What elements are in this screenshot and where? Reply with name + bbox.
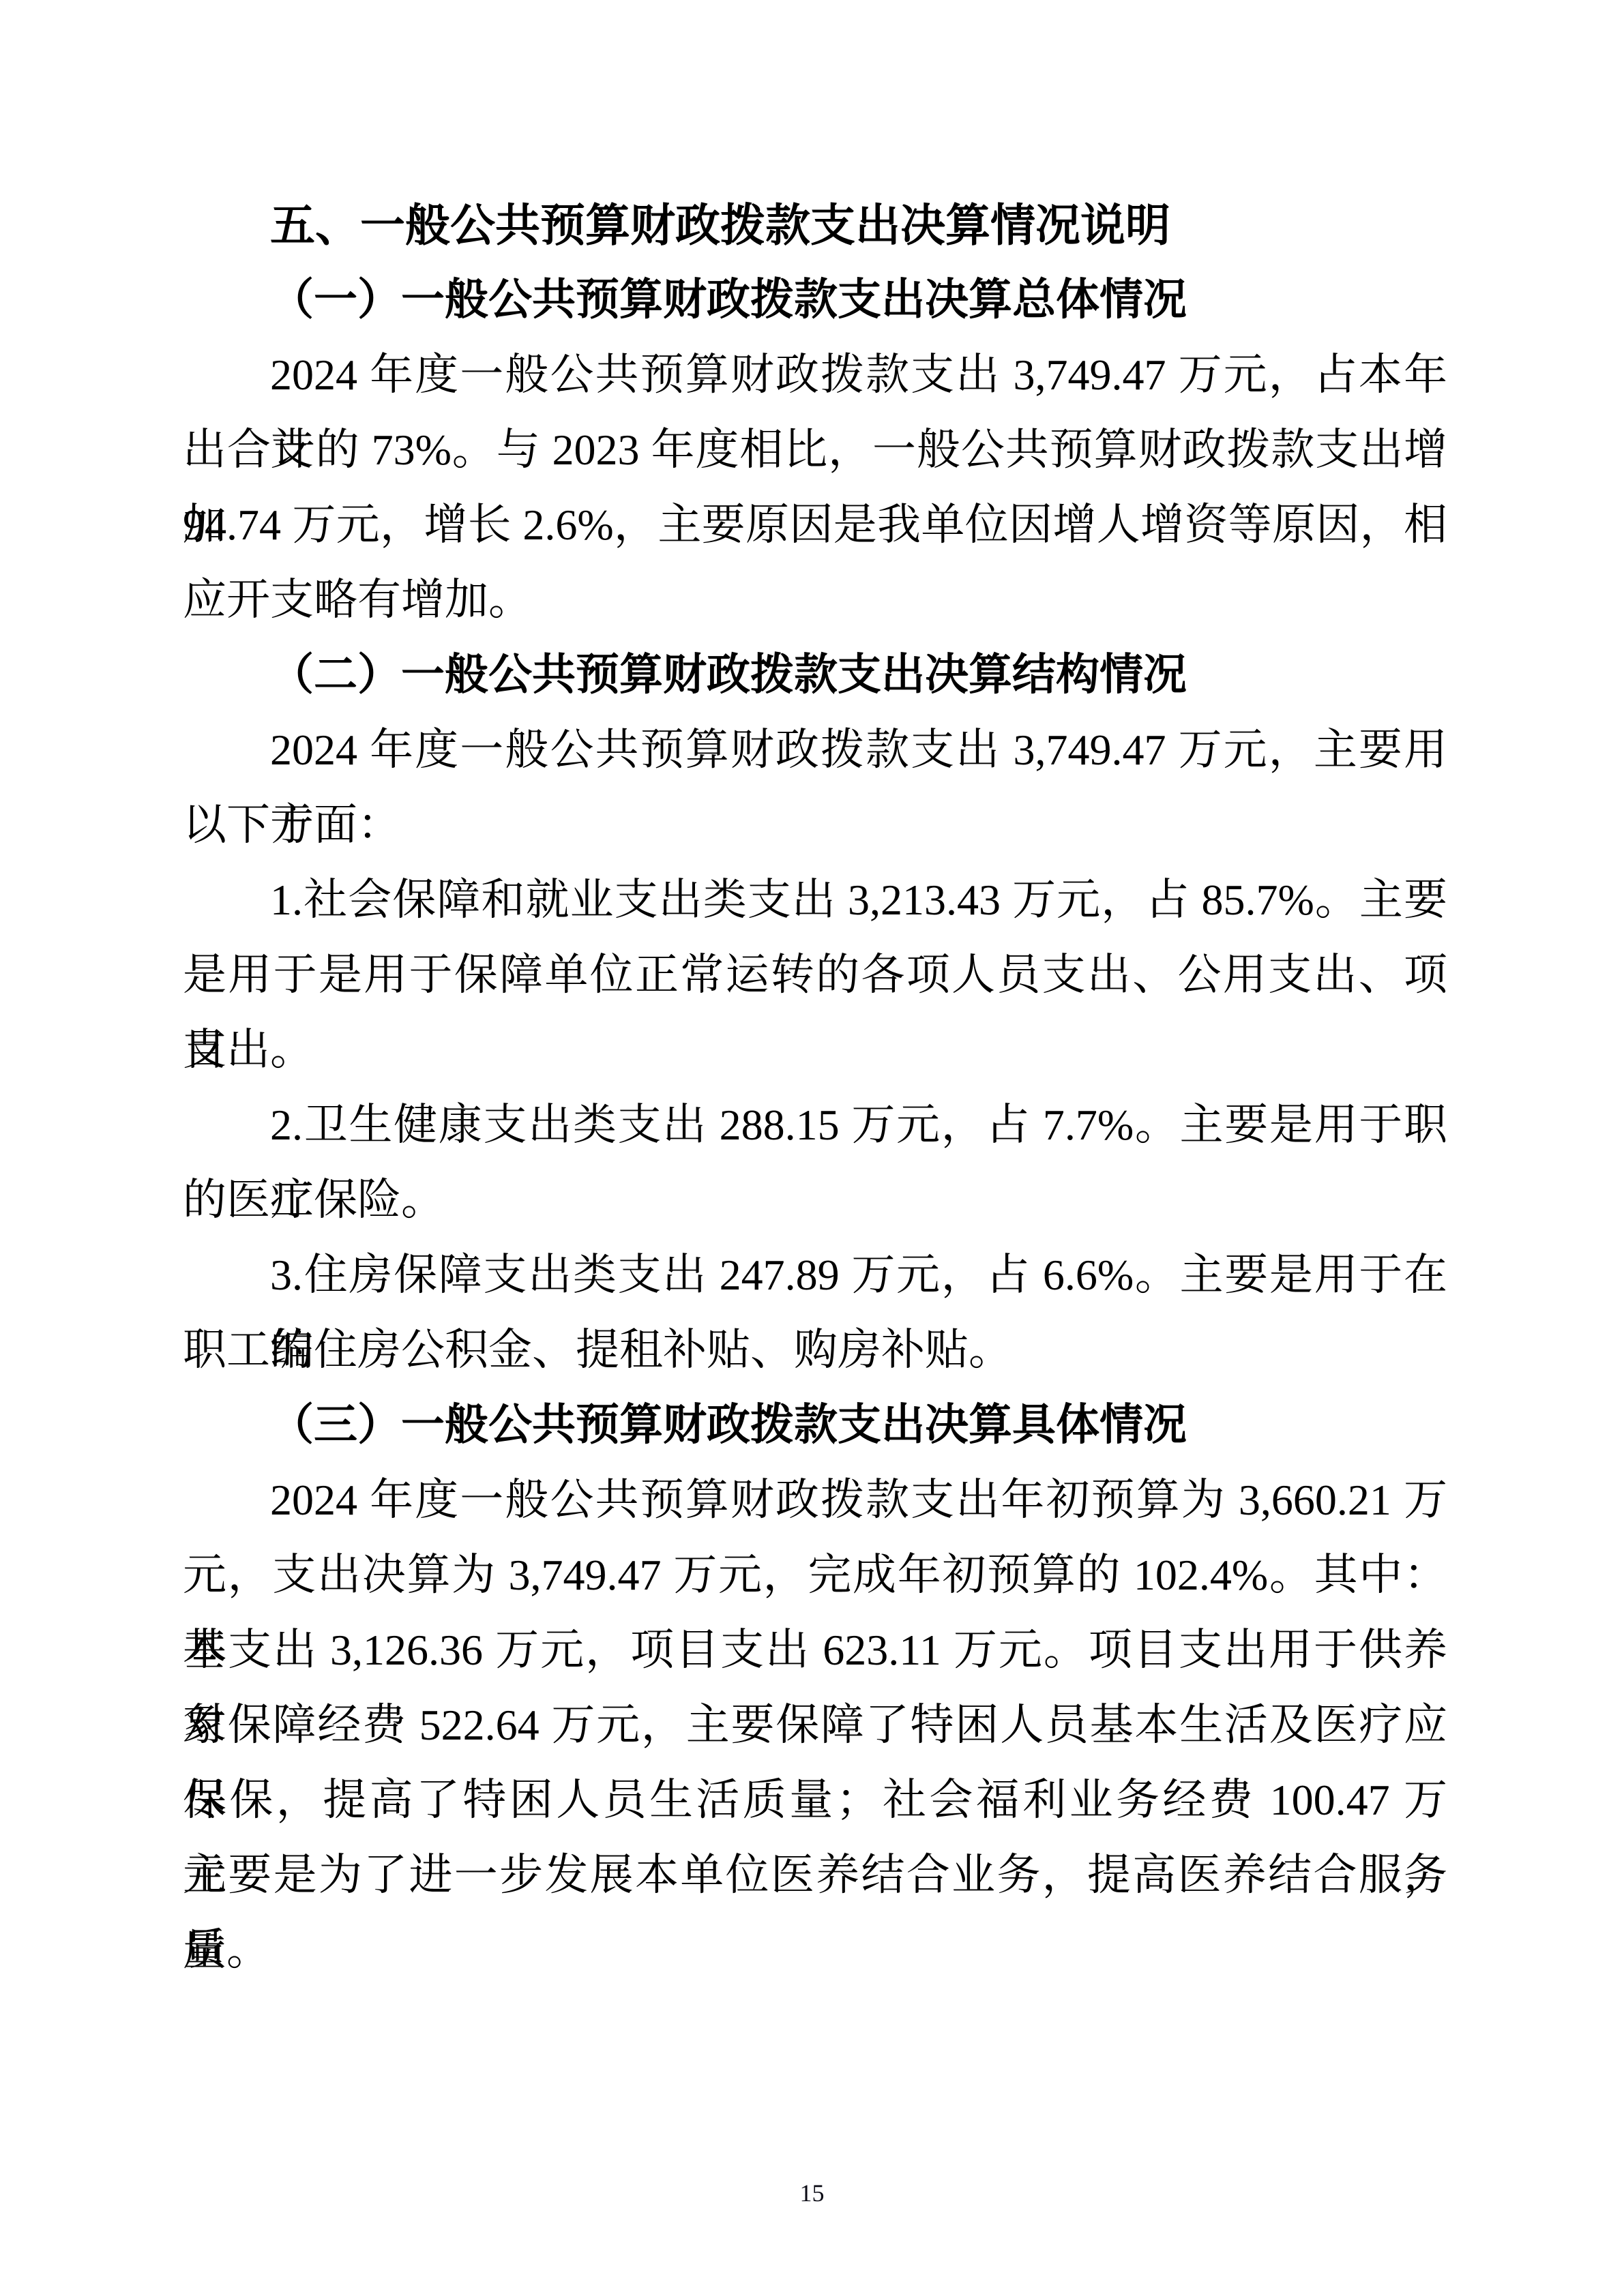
text-line: 94.74 万元，增长 2.6%，主要原因是我单位因增人增资等原因，相 [183, 488, 1447, 563]
text-line: 3.住房保障支出类支出 247.89 万元，占 6.6%。主要是用于在编 [183, 1238, 1447, 1313]
text-line: 元，支出决算为 3,749.47 万元，完成年初预算的 102.4%。其中：基 [183, 1538, 1447, 1613]
text-line: 2024 年度一般公共预算财政拨款支出年初预算为 3,660.21 万 [183, 1463, 1447, 1538]
text-line: 2.卫生健康支出类支出 288.15 万元，占 7.7%。主要是用于职工 [183, 1088, 1447, 1163]
text-line: 尽保，提高了特困人员生活质量；社会福利业务经费 100.47 万元， [183, 1763, 1447, 1838]
text-line: 1.社会保障和就业支出类支出 3,213.43 万元，占 85.7%。主要 [183, 863, 1447, 938]
text-line: 的医疗保险。 [183, 1163, 1447, 1238]
section-heading: （二）一般公共预算财政拨款支出决算结构情况 [183, 638, 1447, 713]
text-line: 是用于是用于保障单位正常运转的各项人员支出、公用支出、项目 [183, 938, 1447, 1013]
text-line: 主要是为了进一步发展本单位医养结合业务，提高医养结合服务质 [183, 1838, 1447, 1913]
text-line: 象保障经费 522.64 万元，主要保障了特困人员基本生活及医疗应保 [183, 1688, 1447, 1763]
page-number: 15 [0, 2177, 1624, 2209]
document-body: 五、一般公共预算财政拨款支出决算情况说明（一）一般公共预算财政拨款支出决算总体情… [183, 188, 1447, 1988]
text-line: 支出。 [183, 1013, 1447, 1088]
text-line: 2024 年度一般公共预算财政拨款支出 3,749.47 万元，主要用于 [183, 713, 1447, 788]
text-line: 本支出 3,126.36 万元，项目支出 623.11 万元。项目支出用于供养对 [183, 1613, 1447, 1688]
text-line: 2024 年度一般公共预算财政拨款支出 3,749.47 万元，占本年支 [183, 338, 1447, 413]
section-heading: （三）一般公共预算财政拨款支出决算具体情况 [183, 1388, 1447, 1463]
document-page: 五、一般公共预算财政拨款支出决算情况说明（一）一般公共预算财政拨款支出决算总体情… [0, 0, 1624, 2296]
text-line: 以下方面： [183, 788, 1447, 863]
text-line: 职工的住房公积金、提租补贴、购房补贴。 [183, 1313, 1447, 1388]
section-heading: （一）一般公共预算财政拨款支出决算总体情况 [183, 263, 1447, 338]
text-line: 量。 [183, 1913, 1447, 1988]
document-title: 五、一般公共预算财政拨款支出决算情况说明 [183, 188, 1447, 263]
text-line: 出合计的 73%。与 2023 年度相比，一般公共预算财政拨款支出增加 [183, 413, 1447, 488]
text-line: 应开支略有增加。 [183, 563, 1447, 638]
